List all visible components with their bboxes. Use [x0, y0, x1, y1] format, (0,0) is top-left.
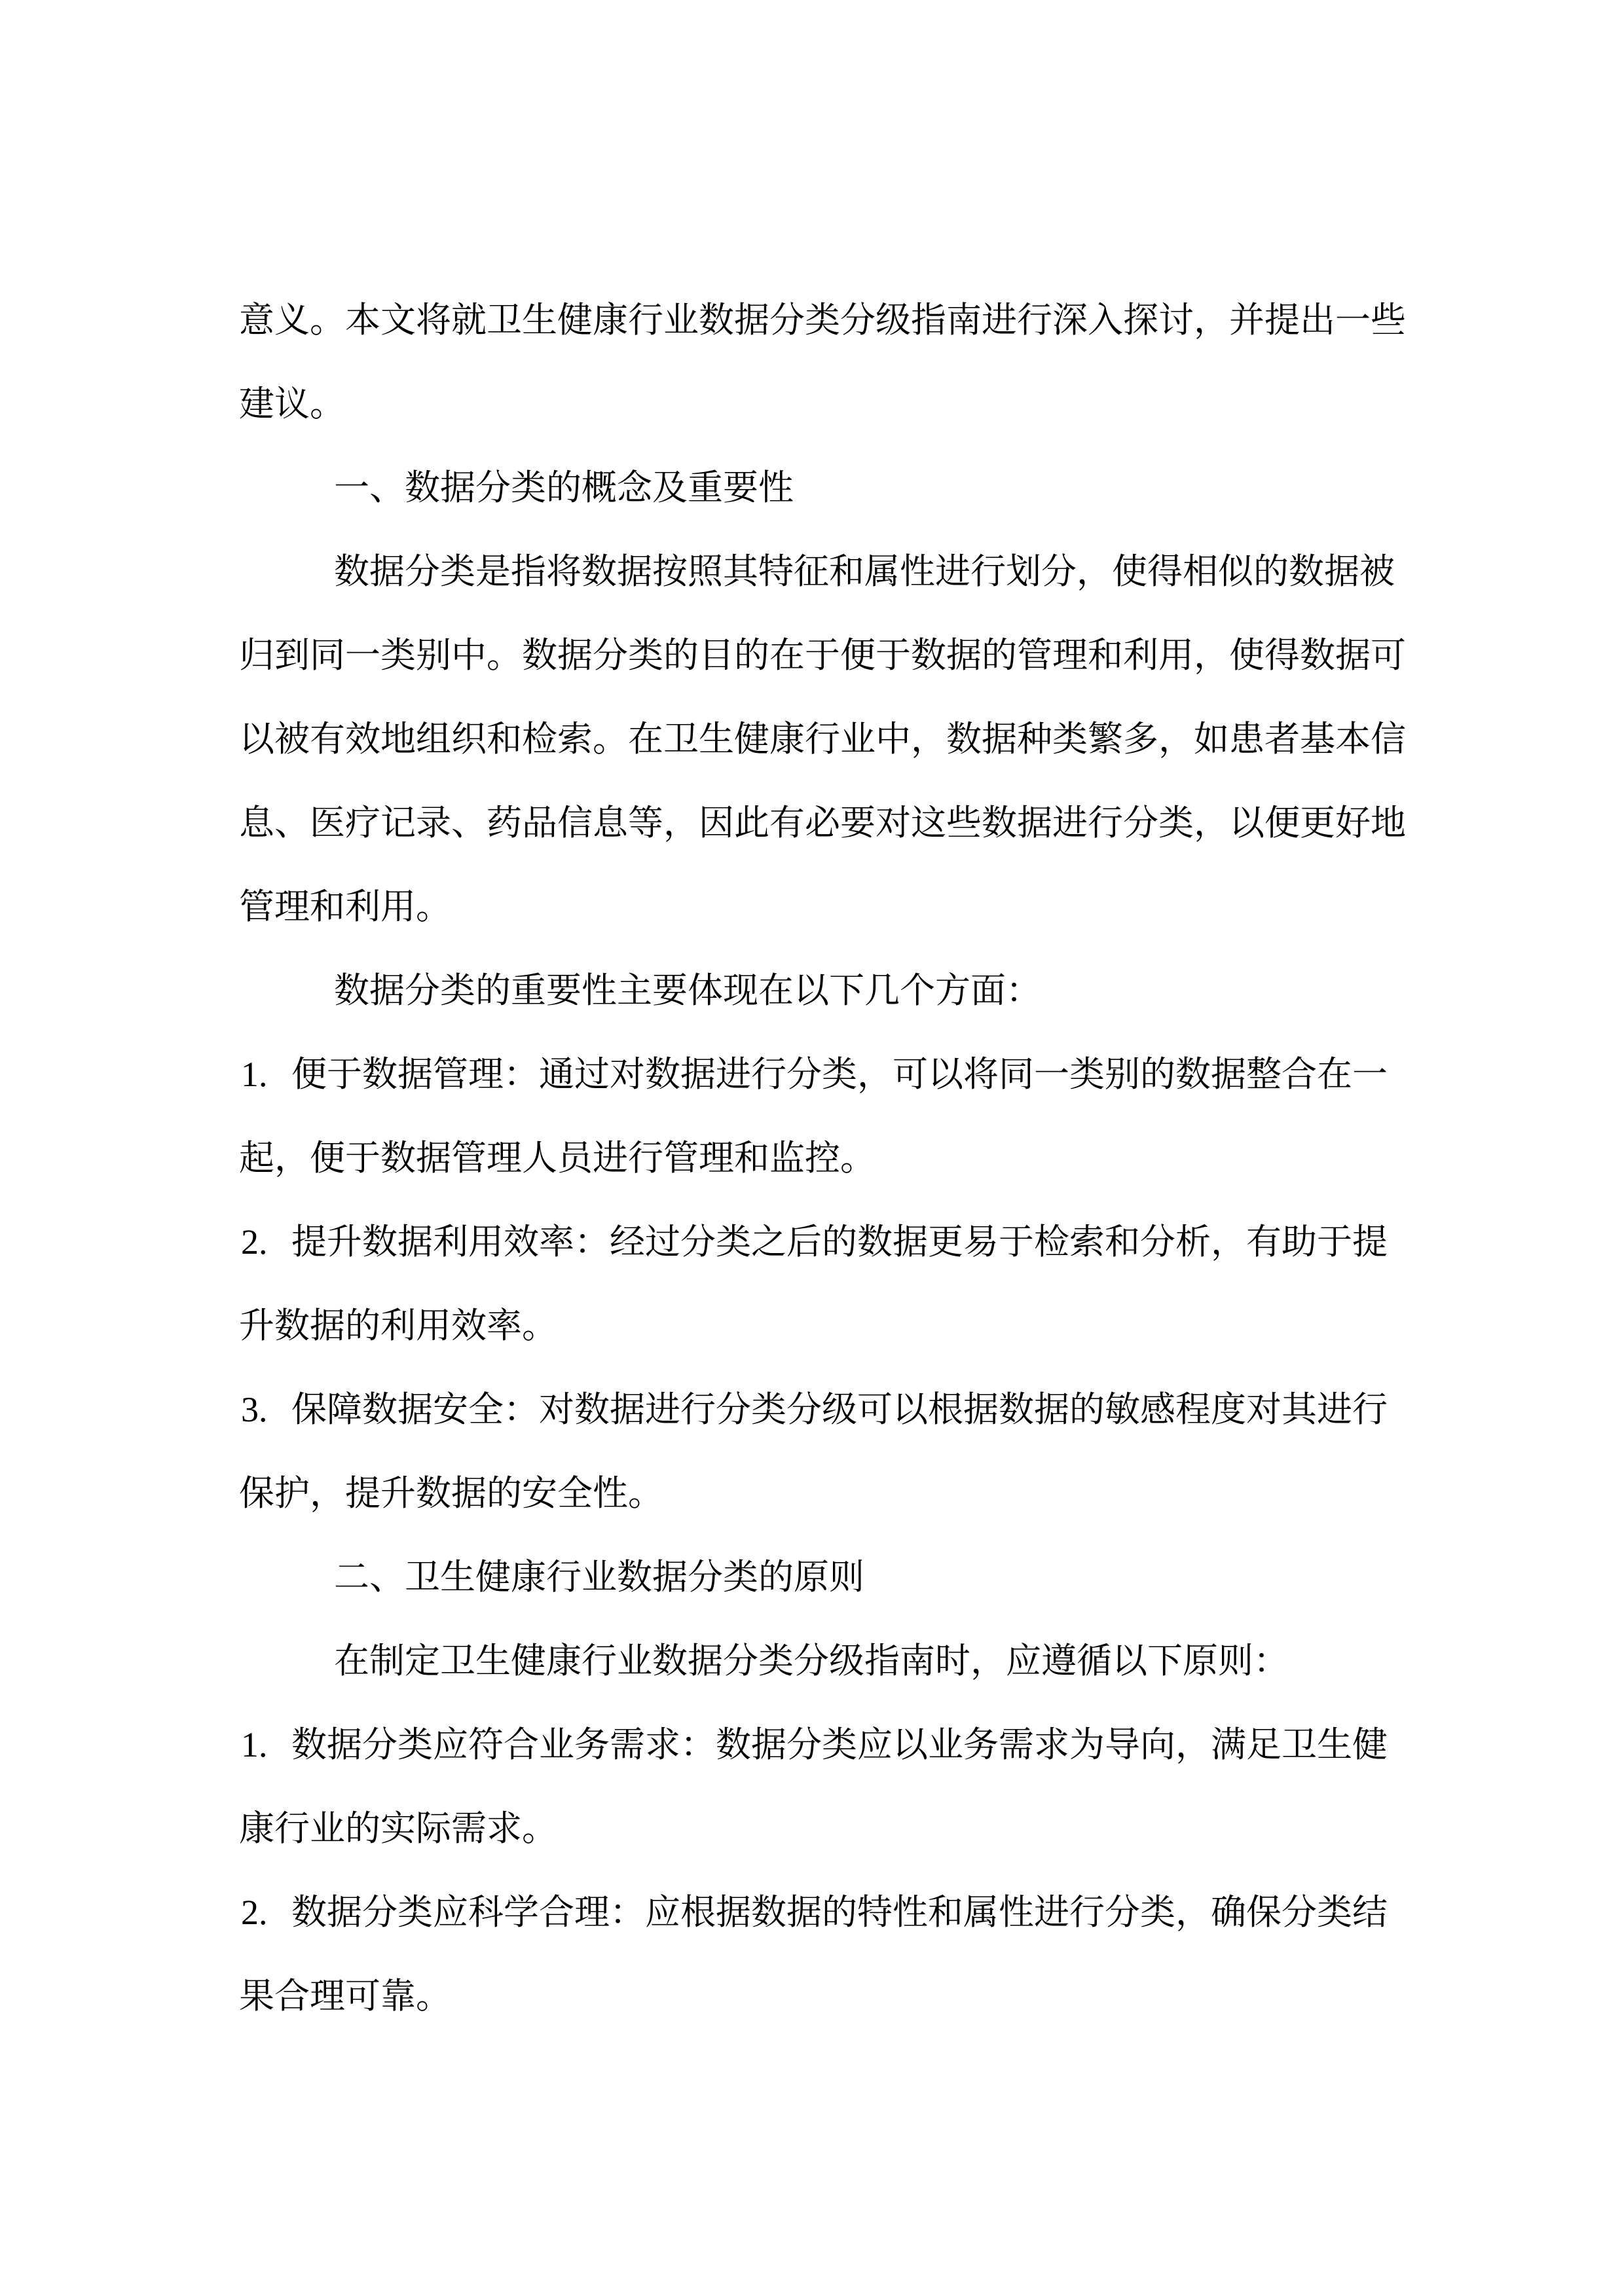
list-item-line: 2.提升数据利用效率：经过分类之后的数据更易于检索和分析，有助于提 [239, 1200, 1411, 1284]
list-number: 2. [239, 1200, 291, 1284]
text-line: 归到同一类别中。数据分类的目的在于便于数据的管理和利用，使得数据可 [239, 613, 1411, 697]
text-line: 在制定卫生健康行业数据分类分级指南时，应遵循以下原则： [239, 1619, 1411, 1703]
document-page: 意义。本文将就卫生健康行业数据分类分级指南进行深入探讨，并提出一些 建议。 一、… [0, 0, 1624, 2296]
line-text: 保障数据安全：对数据进行分类分级可以根据数据的敏感程度对其进行 [291, 1390, 1388, 1429]
list-item-line: 3.保障数据安全：对数据进行分类分级可以根据数据的敏感程度对其进行 [239, 1368, 1411, 1451]
text-line: 数据分类是指将数据按照其特征和属性进行划分，使得相似的数据被 [239, 530, 1411, 613]
text-line: 保护，提升数据的安全性。 [239, 1451, 1411, 1535]
list-number: 1. [239, 1032, 291, 1116]
text-line: 以被有效地组织和检索。在卫生健康行业中，数据种类繁多，如患者基本信 [239, 697, 1411, 781]
section-heading: 一、数据分类的概念及重要性 [239, 446, 1411, 530]
text-line: 数据分类的重要性主要体现在以下几个方面： [239, 949, 1411, 1032]
text-line: 息、医疗记录、药品信息等，因此有必要对这些数据进行分类，以便更好地 [239, 781, 1411, 865]
line-text: 提升数据利用效率：经过分类之后的数据更易于检索和分析，有助于提 [291, 1222, 1388, 1262]
text-line: 升数据的利用效率。 [239, 1284, 1411, 1368]
text-line: 建议。 [239, 362, 1411, 446]
text-line: 管理和利用。 [239, 865, 1411, 949]
text-line: 意义。本文将就卫生健康行业数据分类分级指南进行深入探讨，并提出一些 [239, 278, 1411, 362]
line-text: 数据分类应符合业务需求：数据分类应以业务需求为导向，满足卫生健 [291, 1725, 1388, 1764]
line-text: 数据分类应科学合理：应根据数据的特性和属性进行分类，确保分类结 [291, 1893, 1388, 1932]
section-heading: 二、卫生健康行业数据分类的原则 [239, 1535, 1411, 1619]
list-item-line: 1.数据分类应符合业务需求：数据分类应以业务需求为导向，满足卫生健 [239, 1703, 1411, 1787]
text-line: 康行业的实际需求。 [239, 1787, 1411, 1870]
list-item-line: 1.便于数据管理：通过对数据进行分类，可以将同一类别的数据整合在一 [239, 1032, 1411, 1116]
body-text: 意义。本文将就卫生健康行业数据分类分级指南进行深入探讨，并提出一些 建议。 一、… [239, 278, 1411, 2038]
list-number: 2. [239, 1870, 291, 1954]
list-item-line: 2.数据分类应科学合理：应根据数据的特性和属性进行分类，确保分类结 [239, 1870, 1411, 1954]
text-line: 起，便于数据管理人员进行管理和监控。 [239, 1116, 1411, 1200]
list-number: 3. [239, 1368, 291, 1451]
text-line: 果合理可靠。 [239, 1954, 1411, 2038]
line-text: 便于数据管理：通过对数据进行分类，可以将同一类别的数据整合在一 [291, 1055, 1388, 1094]
list-number: 1. [239, 1703, 291, 1787]
